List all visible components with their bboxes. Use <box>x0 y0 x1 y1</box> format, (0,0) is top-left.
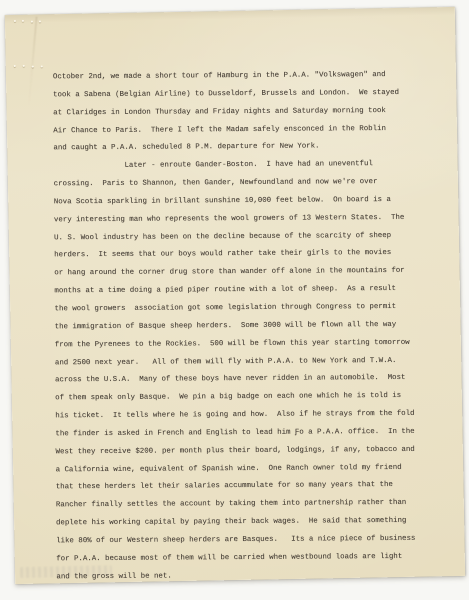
letter-line: for P.A.A. because most of them will be … <box>56 548 438 569</box>
pin-hole <box>14 20 16 22</box>
pin-hole <box>22 20 24 22</box>
letter-line: from the Pyrenees to the Rockies. 500 wi… <box>55 334 437 355</box>
crease-line <box>5 7 455 23</box>
letter-line: and the gross will be net. <box>56 566 438 587</box>
scan-background: October 2nd, we made a short tour of Ham… <box>0 0 469 600</box>
letter-line: Air Chance to Paris. There I left the Ma… <box>53 120 435 141</box>
letter-line: took a Sabena (Belgian Airline) to Dusse… <box>53 84 435 105</box>
letter-line: the finder is asked in French and Englis… <box>55 423 437 444</box>
pin-hole <box>41 65 43 67</box>
letter-line: very interesting man who represents the … <box>54 209 436 230</box>
letter-line: like 80% of our Western sheep herders ar… <box>56 531 438 552</box>
paper-sheet: October 2nd, we made a short tour of Ham… <box>5 7 465 584</box>
pin-hole <box>31 21 33 23</box>
pin-hole <box>39 21 41 23</box>
pin-hole <box>32 66 34 68</box>
crease-line <box>28 17 38 107</box>
letter-line: at Claridges in London Thursday and Frid… <box>53 102 435 123</box>
letter-line: Nova Scotia sparkling in brillant sunshi… <box>54 192 436 213</box>
letter-body: October 2nd, we made a short tour of Ham… <box>53 67 439 587</box>
pin-hole <box>23 65 25 67</box>
pin-hole <box>14 65 16 67</box>
ink-transfer-smudge <box>20 565 112 578</box>
letter-line: West they receive $200. per month plus t… <box>55 441 437 462</box>
letter-line: the immigration of Basque sheep herders.… <box>55 316 437 337</box>
